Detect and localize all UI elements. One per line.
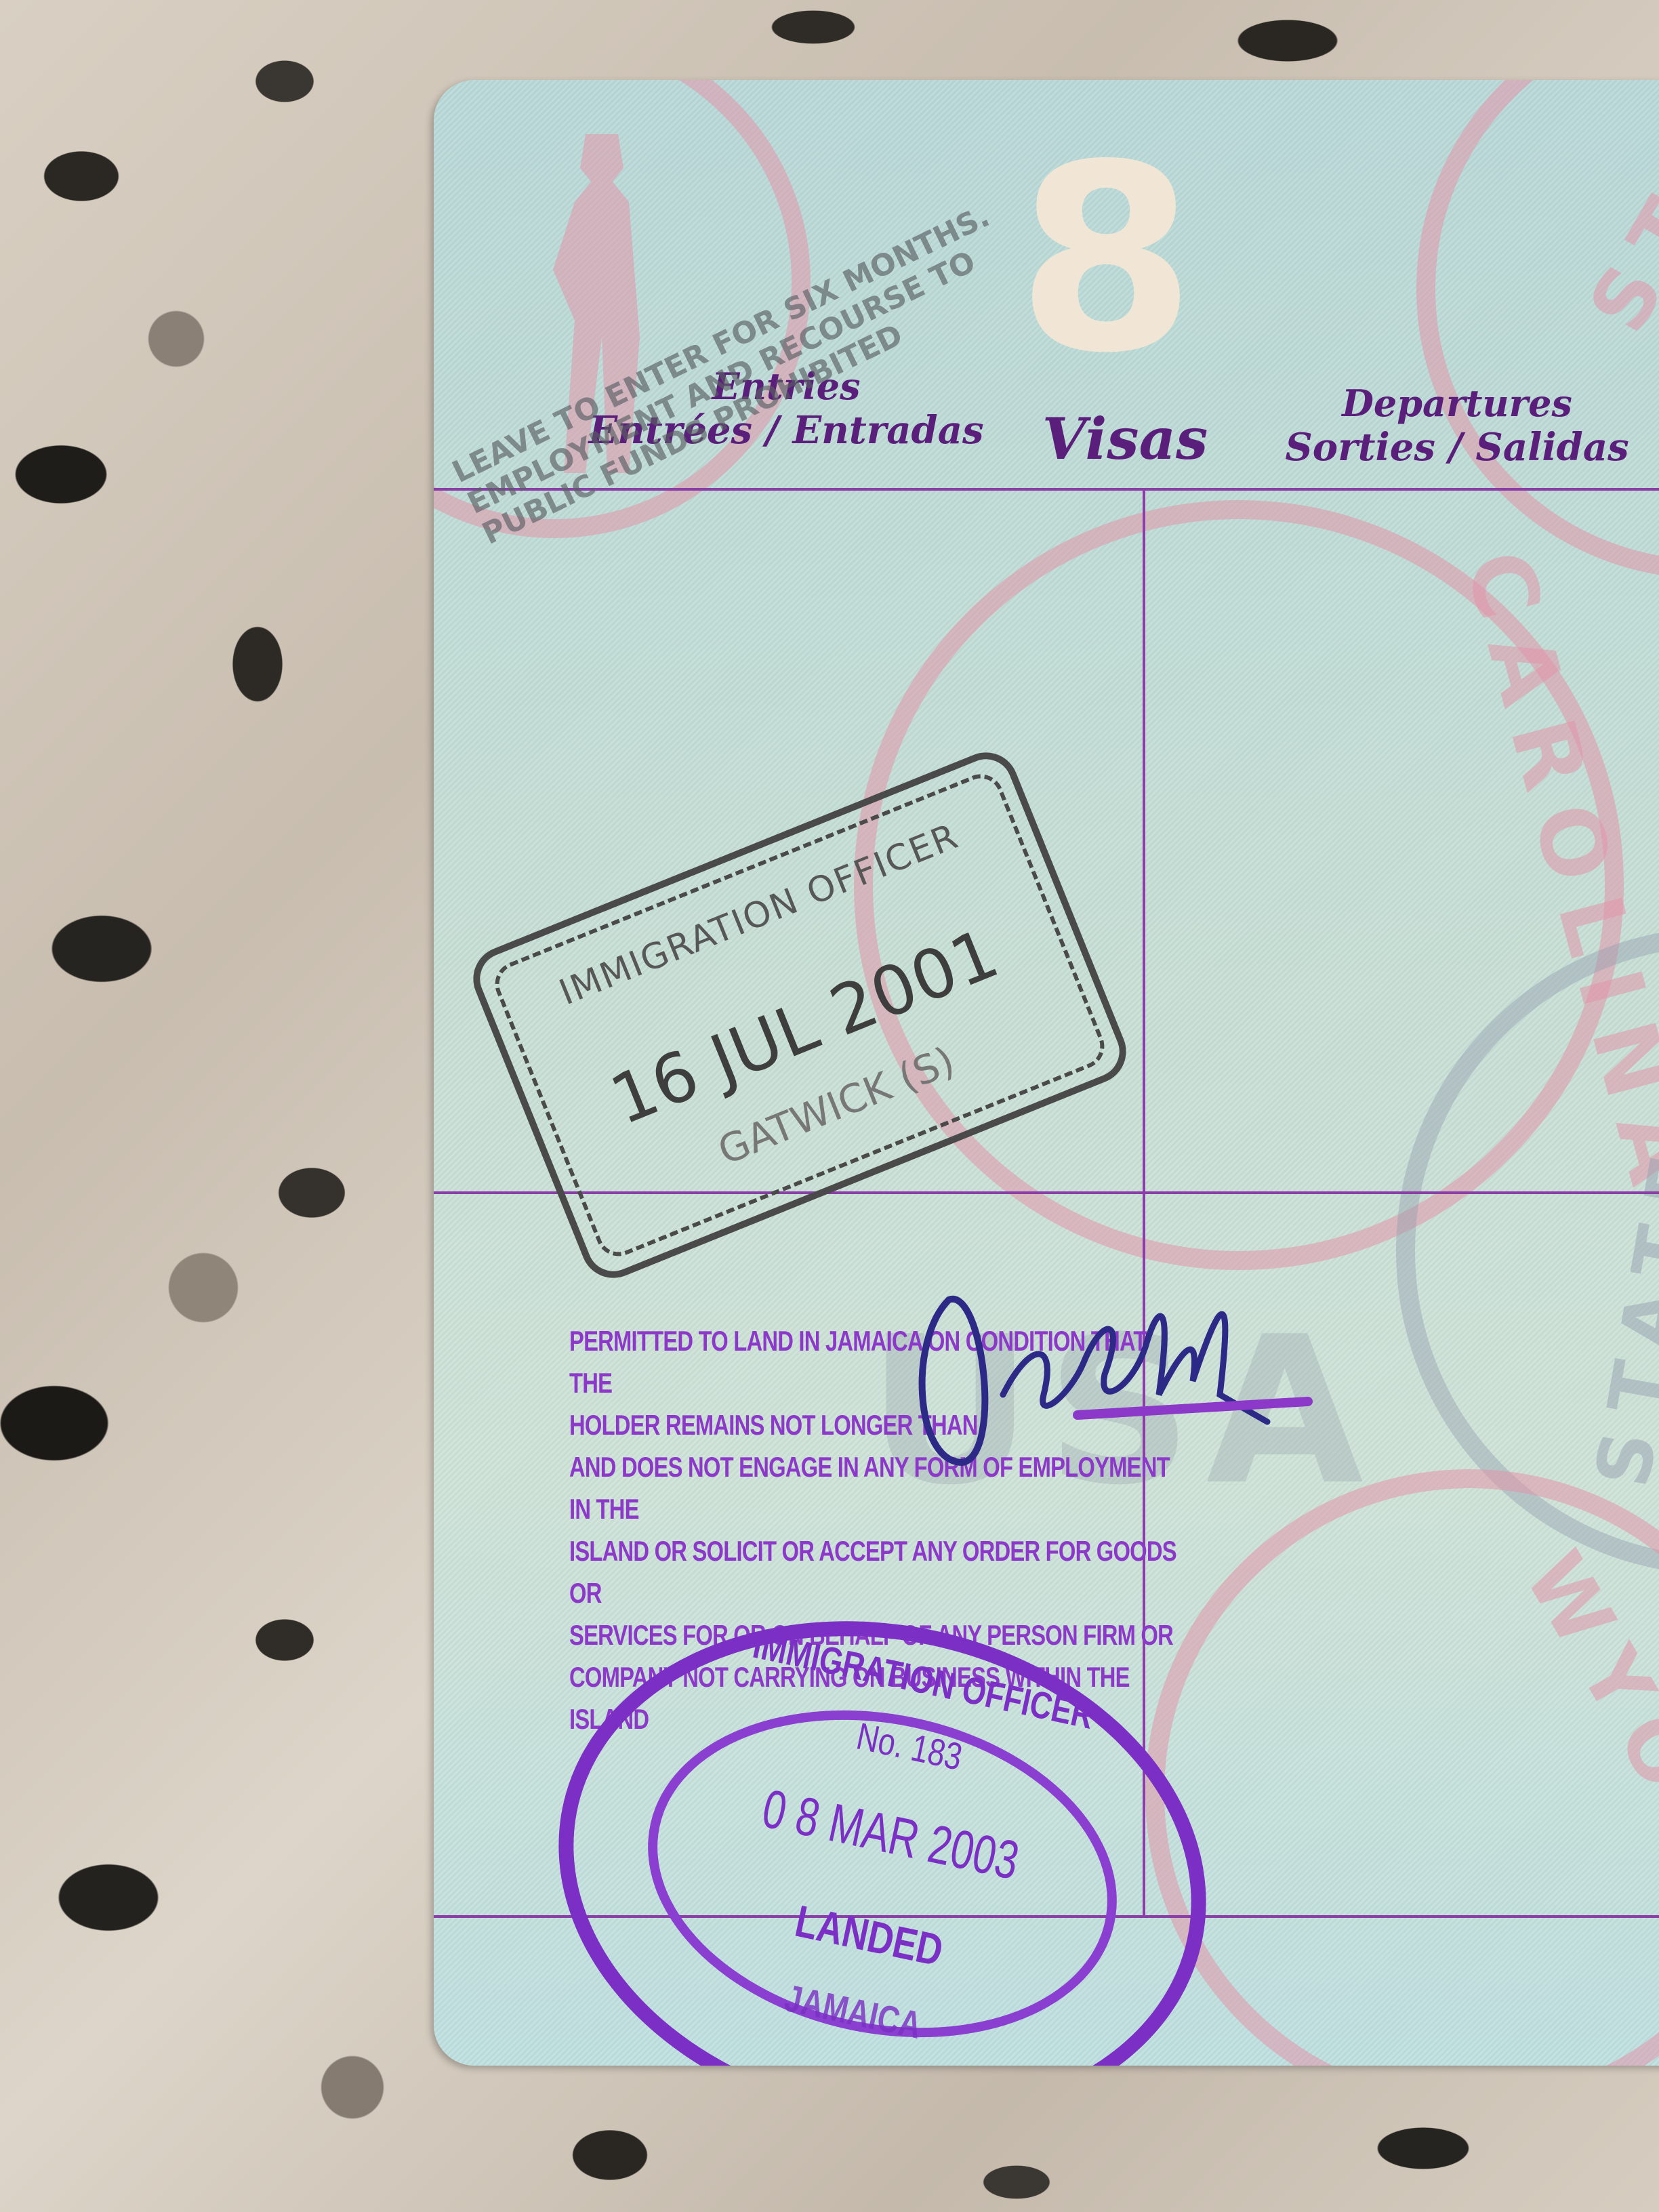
page-number: 8 (1017, 131, 1195, 388)
visas-header: Visas (1017, 405, 1233, 472)
officer-signature (901, 1259, 1322, 1476)
departures-header: Departures Sorties / Salidas (1281, 382, 1633, 470)
departures-label: Departures (1281, 382, 1633, 425)
departures-label-translations: Sorties / Salidas (1281, 425, 1633, 470)
passport-page: STATE CAROLINA WYOMING STATE OF USA 8 En… (434, 80, 1659, 2066)
